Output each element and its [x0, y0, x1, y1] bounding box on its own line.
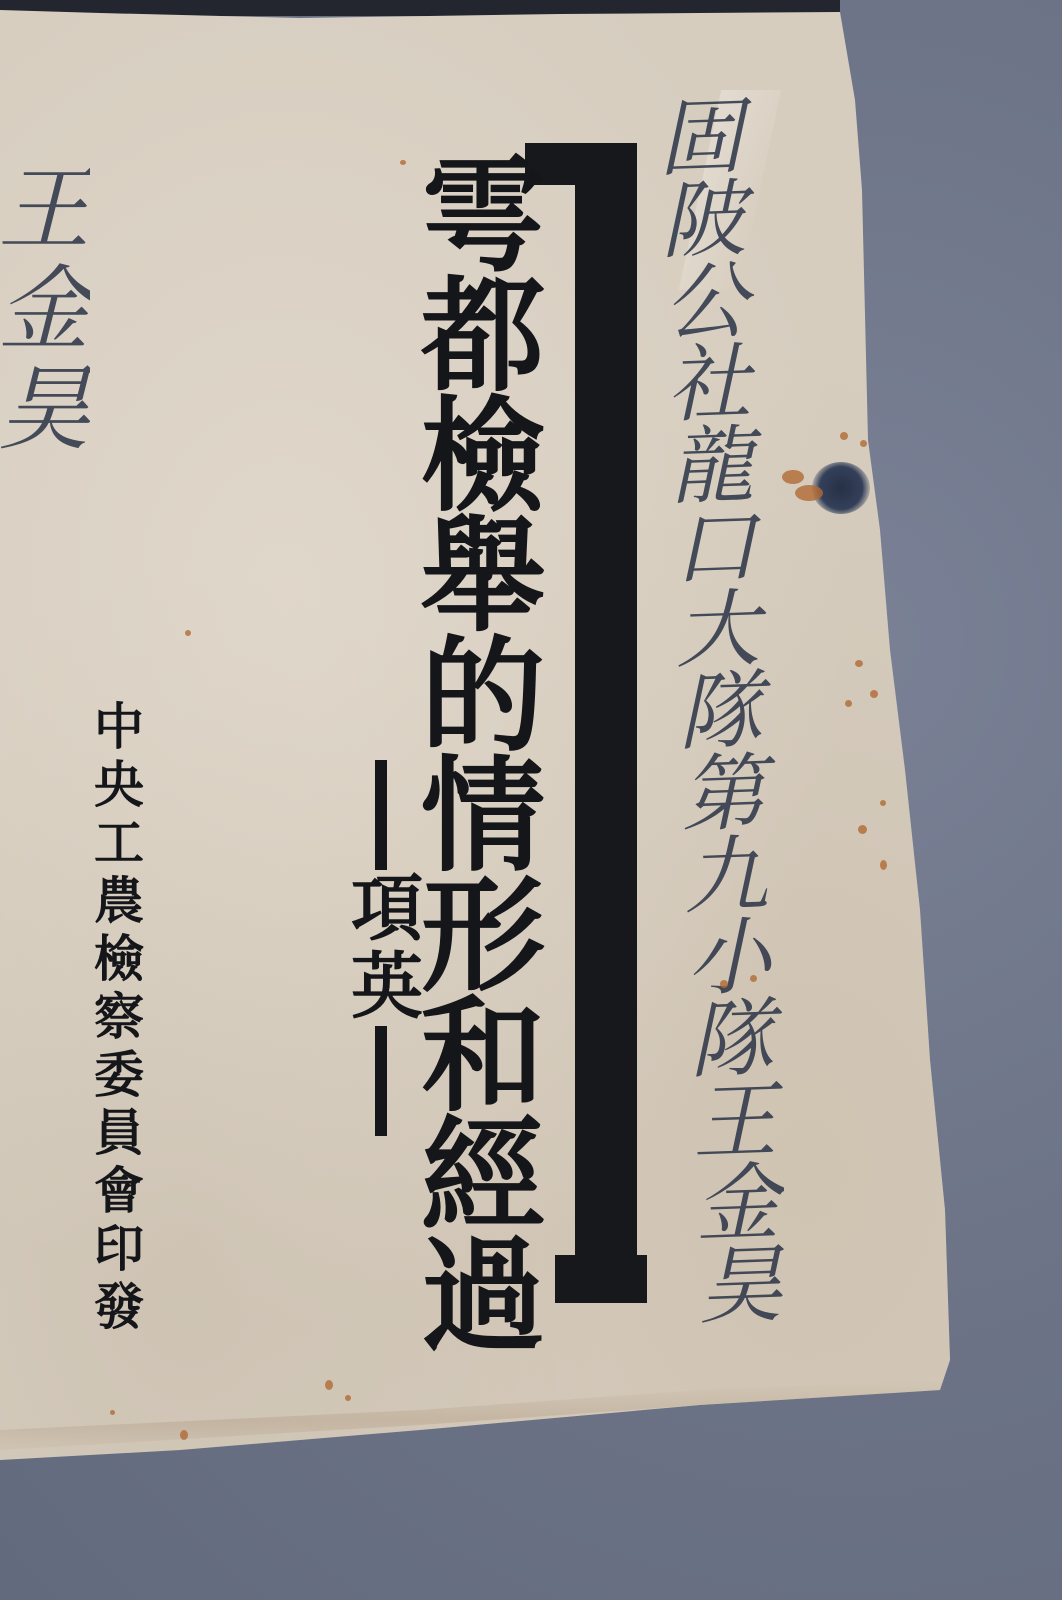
- author-line: 項英: [345, 760, 417, 1136]
- author-dash-bottom: [375, 1026, 387, 1136]
- handwritten-name-left: 王金昊: [0, 160, 82, 460]
- bracket-bottom-bar: [555, 1255, 647, 1303]
- bracket-vertical-bar: [575, 143, 637, 1303]
- rust-stain: [750, 975, 757, 982]
- author-name: 項英: [339, 870, 424, 1026]
- rust-stain: [870, 690, 878, 698]
- rust-stain: [860, 440, 867, 447]
- rust-stain: [180, 1430, 188, 1440]
- rust-stain: [185, 630, 191, 636]
- publisher-line: 中央工農檢察委員會印發: [90, 700, 140, 1338]
- rust-stain: [880, 800, 886, 806]
- rust-stain: [840, 432, 848, 440]
- rust-stain: [855, 660, 863, 667]
- author-dash-top: [375, 760, 387, 870]
- rust-stain: [720, 980, 728, 988]
- document-title: 雩都檢舉的情形和經過: [410, 150, 534, 1350]
- rust-stain: [400, 160, 406, 165]
- rust-stain: [325, 1380, 333, 1390]
- rust-stain: [345, 1395, 351, 1401]
- rust-stain: [782, 470, 804, 484]
- rust-stain: [845, 700, 852, 707]
- rust-stain: [880, 860, 887, 870]
- rust-stain: [110, 1410, 115, 1415]
- rust-stain: [795, 485, 823, 501]
- rust-stain: [858, 825, 867, 834]
